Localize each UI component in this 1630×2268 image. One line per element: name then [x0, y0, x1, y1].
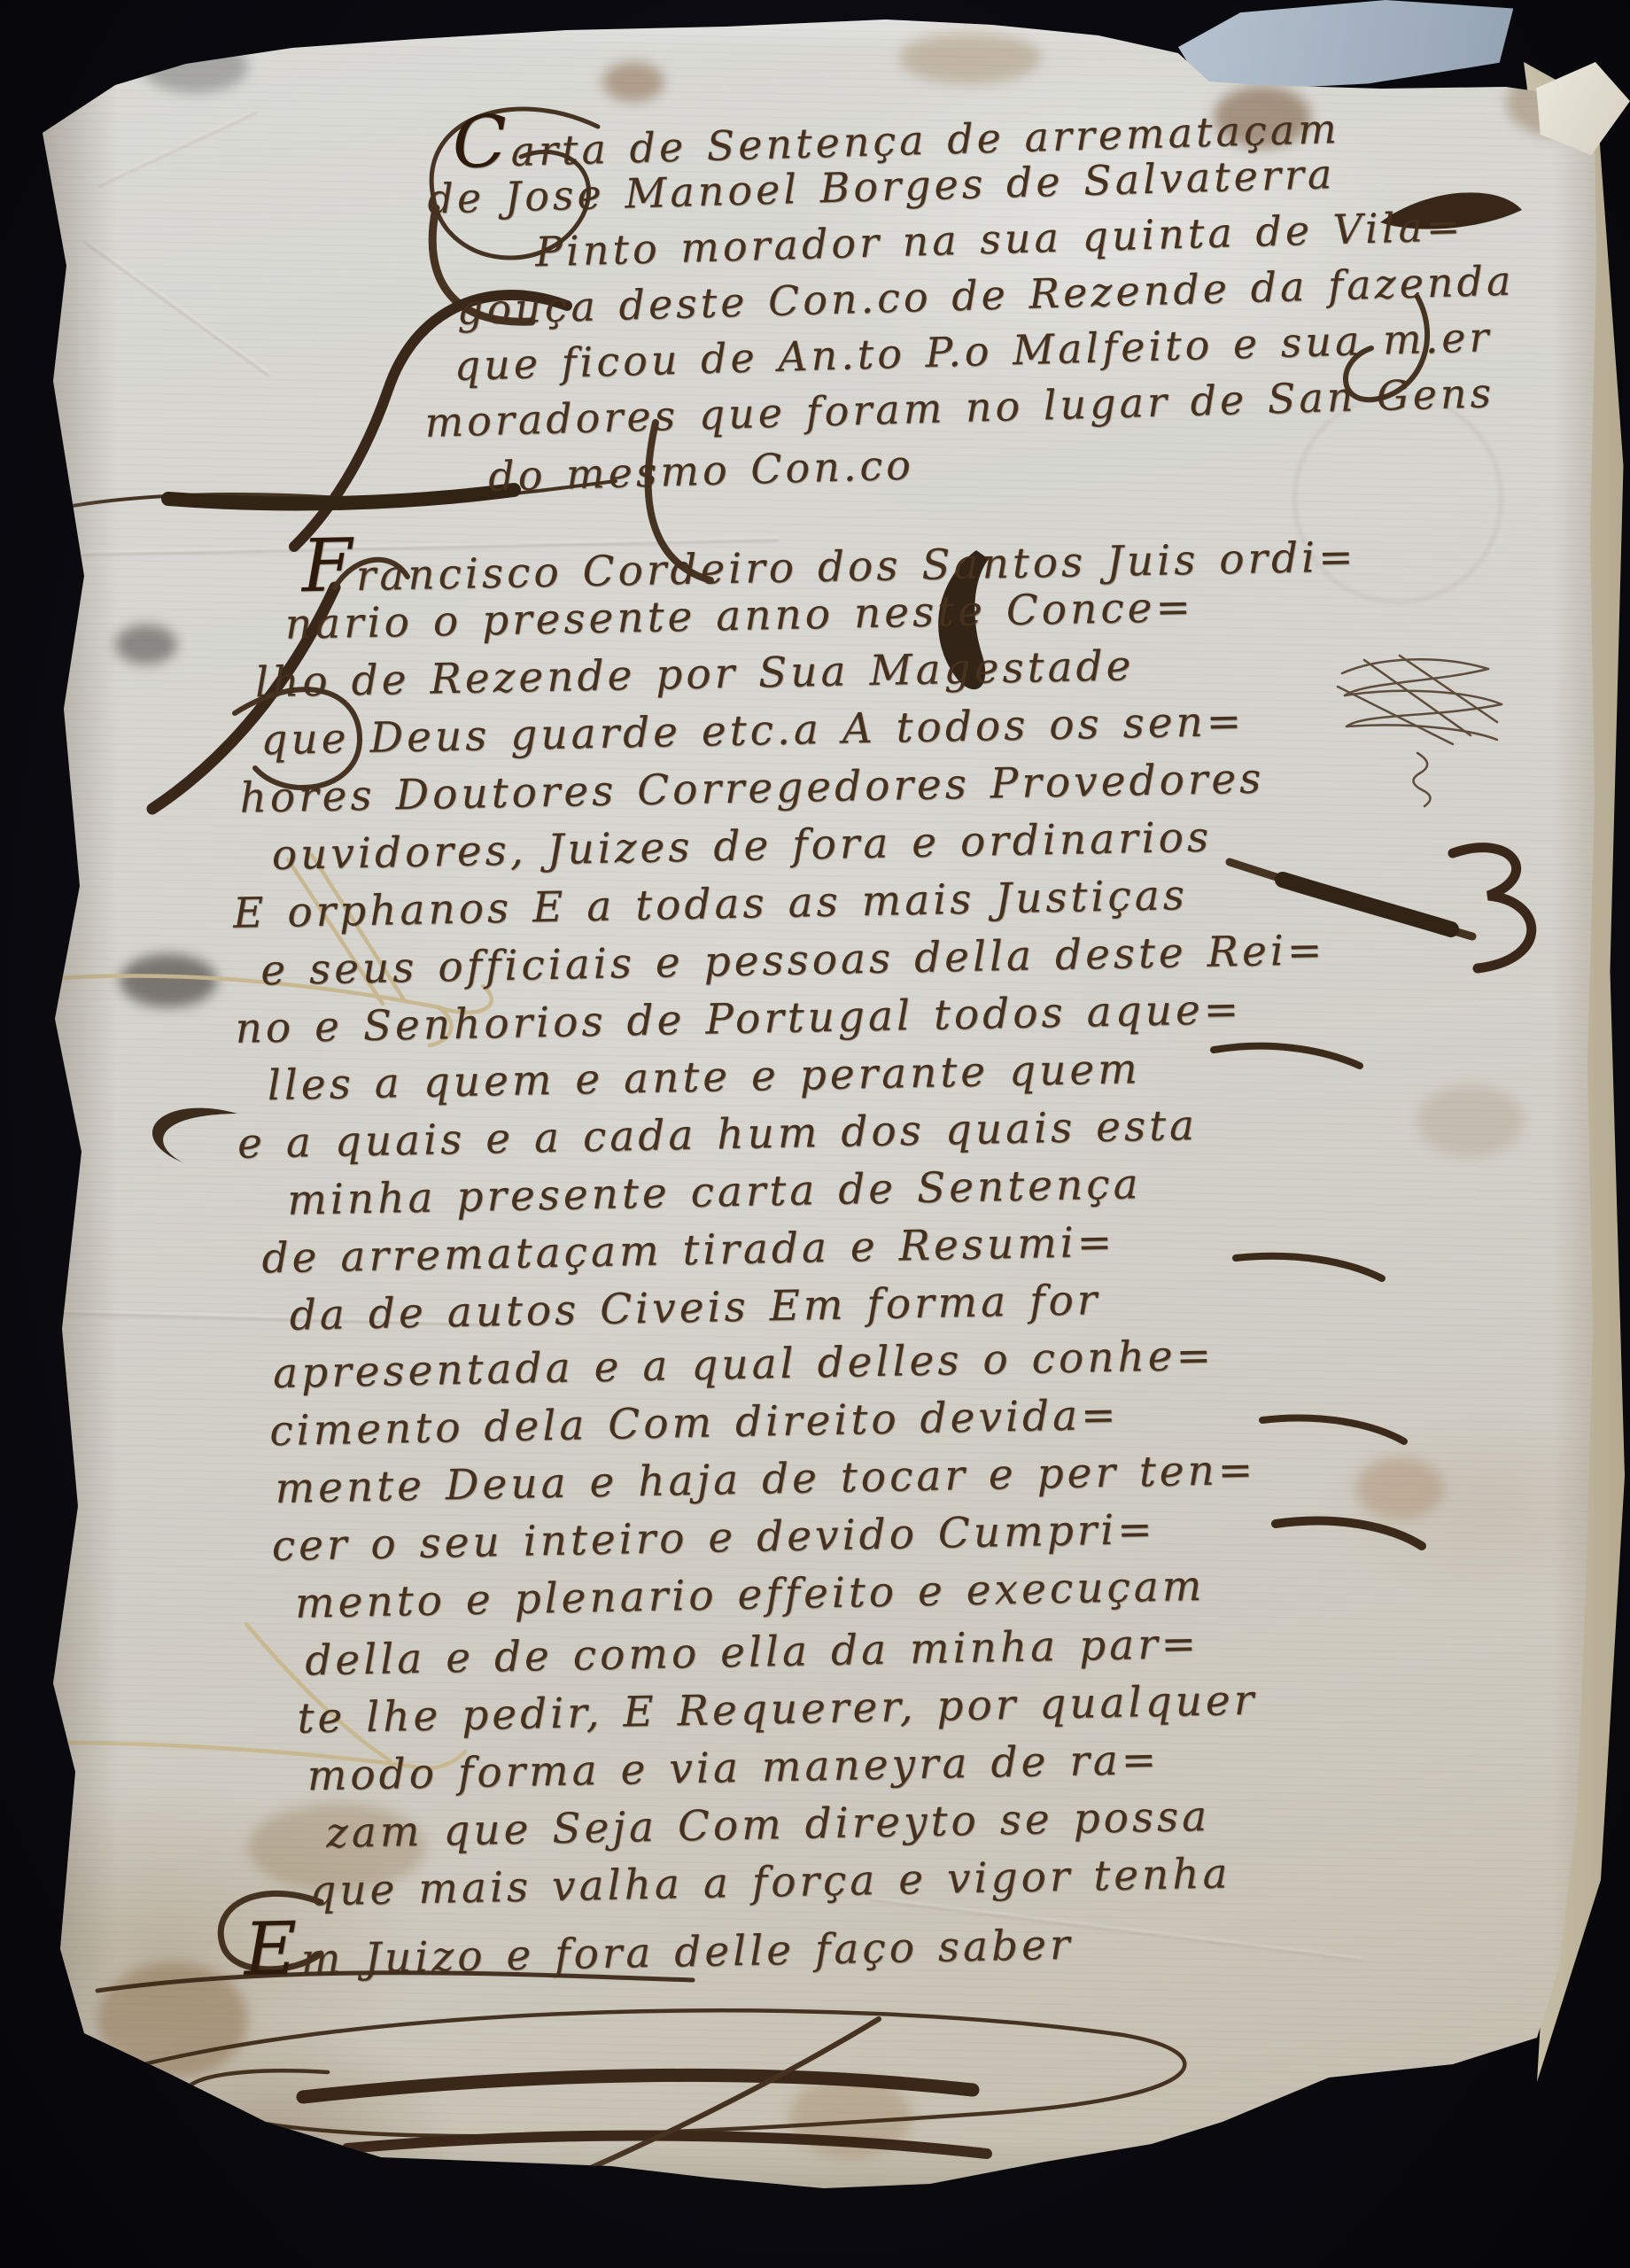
bottom-flourish — [120, 2010, 1184, 2194]
title-block: Carta de Sentença de arremataçam de Jose… — [35, 86, 1519, 517]
manuscript-page: Carta de Sentença de arremataçam de Jose… — [35, 13, 1608, 2210]
body-text-block: Francisco Cordeiro dos Santos Juis ordi=… — [35, 517, 1384, 1982]
photo-background: Carta de Sentença de arremataçam de Jose… — [0, 0, 1630, 2268]
bold-3-flourish — [1453, 848, 1532, 968]
ink-scribble — [1338, 656, 1502, 806]
